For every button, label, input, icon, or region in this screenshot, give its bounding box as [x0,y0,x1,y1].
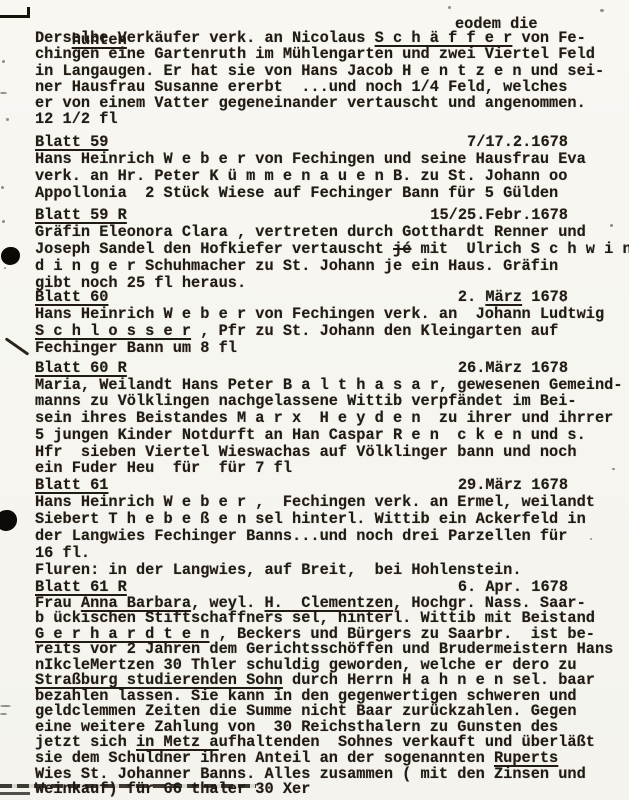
text-segment: mit Ulrich S c h w i n - [411,240,629,258]
text-line: er von einem Vatter gegeneinander vertau… [35,95,568,111]
entry-blatt-60: Blatt 602. März 1678Hans Heinrich W e b … [35,289,568,357]
entry-header: Blatt 602. März 1678 [35,289,568,306]
text-line: Siebert T h e b e ß e n sel hinterl. Wit… [35,511,568,528]
ink-blot-artifact [1,247,20,265]
text-line: Hfr sieben Viertel Wieswachas auf Völkli… [35,444,568,461]
speck-artifact [612,468,615,470]
text-segment: Hfr sieben Viertel Wieswachas auf Völkli… [35,443,577,461]
speck-artifact [4,267,6,269]
text-line: ner Hausfrau Susanne ererbt ...und noch … [35,79,568,95]
underlined-text: S c h l o s s e r [35,322,191,340]
text-segment: Hans Heinrich W e b e r , Fechingen verk… [35,493,595,511]
text-line: Fluren: in der Langwies, auf Breit, bei … [35,562,568,579]
text-line: Maria, Weilandt Hans Peter B a l t h a s… [35,377,568,394]
entry-blatt-60-r: Blatt 60 R26.März 1678Maria, Weilandt Ha… [35,360,568,477]
blatt-heading: Blatt 59 R [35,206,127,224]
speck-artifact [610,224,613,227]
text-line: d i n g e r Schuhmacher zu St. Johann je… [35,258,568,275]
text-line: der Langwies Fechinger Banns...und noch … [35,528,568,545]
entry-blatt-59: Blatt 597/17.2.1678Hans Heinrich W e b e… [35,134,568,202]
speck-artifact [1,186,4,189]
text-segment: 12 1/2 fl [35,110,118,128]
entry-date: 26.März 1678 [458,360,568,377]
text-segment: Maria, Weilandt Hans Peter B a l t h a s… [35,376,623,394]
entry-blatt-61-r: Blatt 61 R6. Apr. 1678Frau Anna Barbara,… [35,580,568,798]
speck-artifact [600,9,604,12]
text-segment: Derselbe Verkäufer verk. an Nicolaus [35,29,375,47]
underlined-text: März [485,288,522,306]
entry-date: 7/17.2.1678 [467,134,568,151]
text-line: sein ihres Beistandes M a r x H e y d e … [35,410,568,427]
text-line: Joseph Sandel den Hofkiefer vertauscht j… [35,241,568,258]
speck-artifact [6,118,9,121]
crop-mark-artifact [0,15,30,18]
text-segment: ner Hausfrau Susanne ererbt ...und noch … [35,78,567,96]
entry-date: 6. Apr. 1678 [458,580,568,596]
speck-artifact [448,6,451,9]
ink-blot-artifact [0,510,17,531]
text-segment: Gräfin Eleonora Clara , vertreten durch … [35,223,586,241]
text-line: 16 fl. [35,545,568,562]
entry-header: Blatt 6129.März 1678 [35,477,568,494]
text-line: Gräfin Eleonora Clara , vertreten durch … [35,224,568,241]
text-segment: Appollonia 2 Stück Wiese auf Fechinger B… [35,184,558,202]
underlined-text: Blatt 60 [35,288,108,306]
entry-date: 15/25.Febr.1678 [430,207,568,224]
text-segment: sein ihres Beistandes M a r x H e y d e … [35,409,613,427]
text-line: verk. an Hr. Peter K ü m m e n a u e n B… [35,168,568,185]
blatt-heading: Blatt 60 [35,288,108,306]
text-line: Hans Heinrich W e b e r von Fechingen un… [35,151,568,168]
speck-artifact [2,60,5,63]
text-line: Derselbe Verkäufer verk. an Nicolaus S c… [35,30,568,46]
text-line: Appollonia 2 Stück Wiese auf Fechinger B… [35,185,568,202]
text-segment: 16 fl. [35,544,90,562]
text-segment: Siebert T h e b e ß e n sel hinterl. Wit… [35,510,586,528]
text-segment: 6. Apr. 1678 [458,578,568,596]
text-segment: , Pfr zu St. Johann den Kleingarten auf [191,322,558,340]
text-segment: manns zu Völklingen nachgelassene Wittib… [35,392,577,410]
crop-mark-artifact [27,7,30,18]
speck-artifact [0,713,7,715]
text-segment: Hans Heinrich W e b e r von Fechingen un… [35,150,586,168]
entry-blatt-61: Blatt 6129.März 1678Hans Heinrich W e b … [35,477,568,580]
text-segment: d i n g e r Schuhmacher zu St. Johann je… [35,257,558,275]
text-segment: er von einem Vatter gegeneinander vertau… [35,94,586,112]
entry-header: Blatt 61 R6. Apr. 1678 [35,580,568,596]
text-segment: 7/17.2.1678 [467,133,568,151]
text-line: Weinkauf) für 66 thaler 30 Xer [35,782,568,798]
underlined-text: Blatt 61 R [35,578,127,596]
blatt-heading: Blatt 60 R [35,359,127,377]
text-segment: ein Fuder Heu für für 7 fl [35,459,292,477]
text-line: 12 1/2 fl [35,111,568,127]
text-segment: 29.März 1678 [458,476,568,494]
text-line: chingen eine Gartenruth im Mühlengarten … [35,46,568,62]
speck-artifact [590,538,592,540]
text-segment: Joseph Sandel den Hofkiefer vertauscht [35,240,393,258]
struck-text: jé [393,240,411,258]
text-line: in Langaugen. Er hat sie von Hans Jacob … [35,63,568,79]
blatt-heading: Blatt 61 R [35,578,127,596]
entry-header: Blatt 60 R26.März 1678 [35,360,568,377]
text-line: ein Fuder Heu für für 7 fl [35,460,568,477]
entry-header: Blatt 59 R15/25.Febr.1678 [35,207,568,224]
pen-stroke-artifact [5,337,30,356]
smudge-line-artifact [0,792,30,795]
text-segment: 2. [458,288,486,306]
entry-date: 2. März 1678 [458,289,568,306]
entry-date: 29.März 1678 [458,477,568,494]
text-segment: in Langaugen. Er hat sie von Hans Jacob … [35,62,604,80]
speck-artifact [0,705,11,707]
text-segment: 15/25.Febr.1678 [430,206,568,224]
text-line: S c h l o s s e r , Pfr zu St. Johann de… [35,323,568,340]
text-segment: Fluren: in der Langwies, auf Breit, bei … [35,561,522,579]
text-segment: 26.März 1678 [458,359,568,377]
underlined-text: Blatt 59 [35,133,108,151]
underlined-text: Blatt 60 R [35,359,127,377]
text-segment: chingen eine Gartenruth im Mühlengarten … [35,45,595,63]
blatt-heading: Blatt 61 [35,476,108,494]
text-line: Hans Heinrich W e b e r von Fechingen ve… [35,306,568,323]
text-segment: 5 jungen Kinder Notdurft an Han Caspar R… [35,426,586,444]
text-line: Fechinger Bann um 8 fl [35,340,568,357]
speck-artifact [2,220,5,223]
entry-header: Blatt 597/17.2.1678 [35,134,568,151]
text-segment: Weinkauf) für 66 thaler 30 Xer [35,780,310,798]
entry-blatt-59-r: Blatt 59 R15/25.Febr.1678Gräfin Eleonora… [35,207,568,292]
text-segment: 1678 [522,288,568,306]
text-line: manns zu Völklingen nachgelassene Wittib… [35,393,568,410]
text-line: Hans Heinrich W e b e r , Fechingen verk… [35,494,568,511]
text-segment: verk. an Hr. Peter K ü m m e n a u e n B… [35,167,567,185]
text-segment: Fechinger Bann um 8 fl [35,339,237,357]
entry-eodem-die: Derselbe Verkäufer verk. an Nicolaus S c… [35,30,568,128]
underlined-text: Blatt 61 [35,476,108,494]
text-segment: Hans Heinrich W e b e r von Fechingen ve… [35,305,604,323]
text-segment: der Langwies Fechinger Banns...und noch … [35,527,567,545]
text-segment: von Fe- [512,29,585,47]
underlined-text: Blatt 59 R [35,206,127,224]
blatt-heading: Blatt 59 [35,133,108,151]
document-page: hunten eodem die Derselbe Verkäufer verk… [0,0,629,800]
text-line: 5 jungen Kinder Notdurft an Han Caspar R… [35,427,568,444]
underlined-text: S c h ä f f e r [375,29,513,47]
speck-artifact [0,92,7,94]
